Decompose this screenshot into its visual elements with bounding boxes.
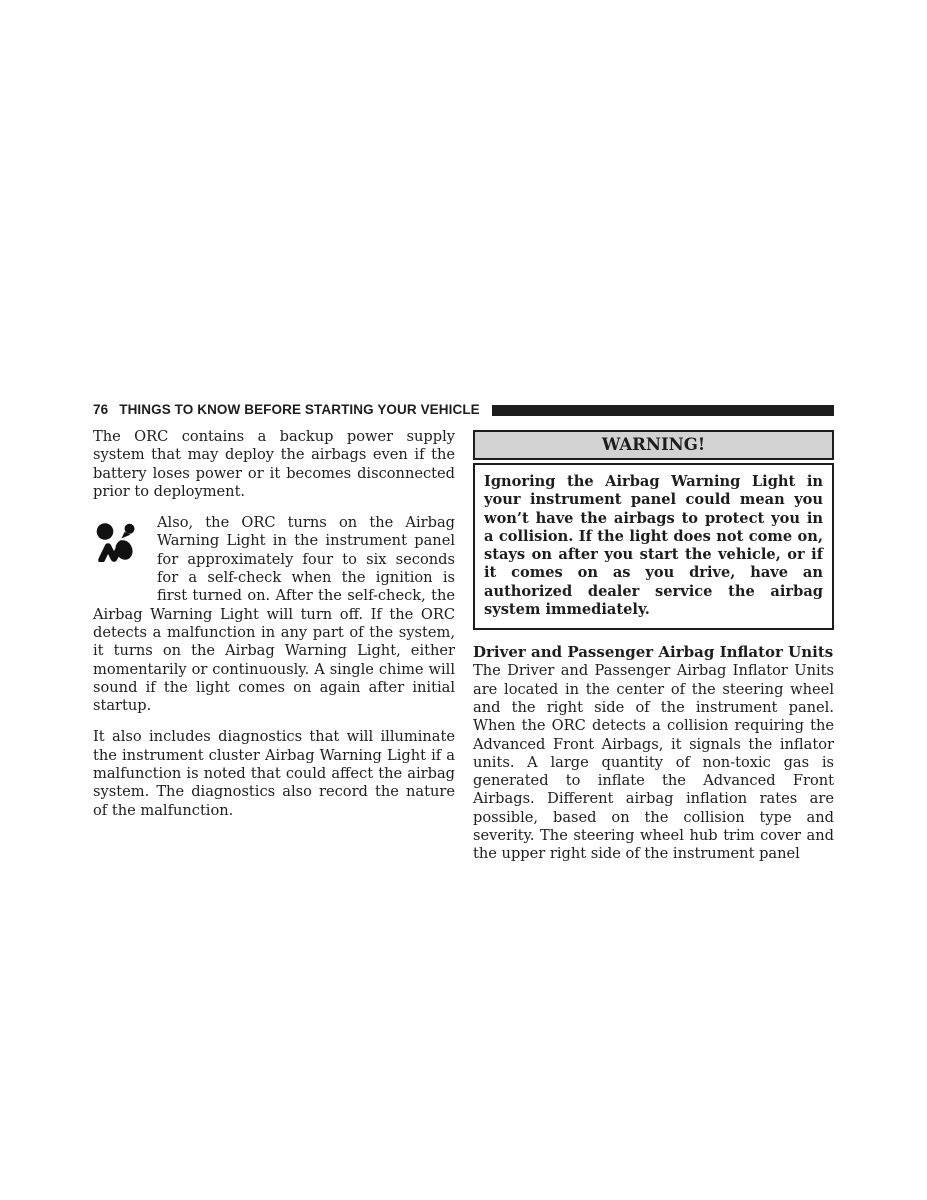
paragraph-airbag-warning-light: Also, the ORC turns on the Airbag Warnin… bbox=[93, 514, 455, 715]
page-number: 76 bbox=[93, 402, 108, 417]
section-heading-inflator-units: Driver and Passenger Airbag Inflator Uni… bbox=[473, 643, 834, 661]
paragraph-diagnostics: It also includes diagnostics that will i… bbox=[93, 728, 455, 819]
warning-box: WARNING! Ignoring the Airbag Warning Lig… bbox=[473, 430, 834, 630]
airbag-warning-icon bbox=[93, 514, 157, 590]
paragraph-orc-backup: The ORC contains a backup power supply s… bbox=[93, 428, 455, 501]
paragraph-inflator-units: The Driver and Passenger Airbag Inflator… bbox=[473, 662, 834, 863]
header-title: THINGS TO KNOW BEFORE STARTING YOUR VEHI… bbox=[119, 402, 480, 417]
warning-body-text: Ignoring the Airbag Warning Light in you… bbox=[473, 463, 834, 630]
running-header: 76 THINGS TO KNOW BEFORE STARTING YOUR V… bbox=[93, 402, 834, 417]
manual-page: { "page": { "number": "76", "header_titl… bbox=[0, 0, 927, 1200]
left-column: The ORC contains a backup power supply s… bbox=[93, 428, 455, 877]
warning-title: WARNING! bbox=[473, 430, 834, 460]
header-rule-bar bbox=[492, 405, 834, 416]
page-content: 76 THINGS TO KNOW BEFORE STARTING YOUR V… bbox=[93, 402, 834, 877]
right-column: WARNING! Ignoring the Airbag Warning Lig… bbox=[473, 428, 834, 877]
two-column-layout: The ORC contains a backup power supply s… bbox=[93, 428, 834, 877]
